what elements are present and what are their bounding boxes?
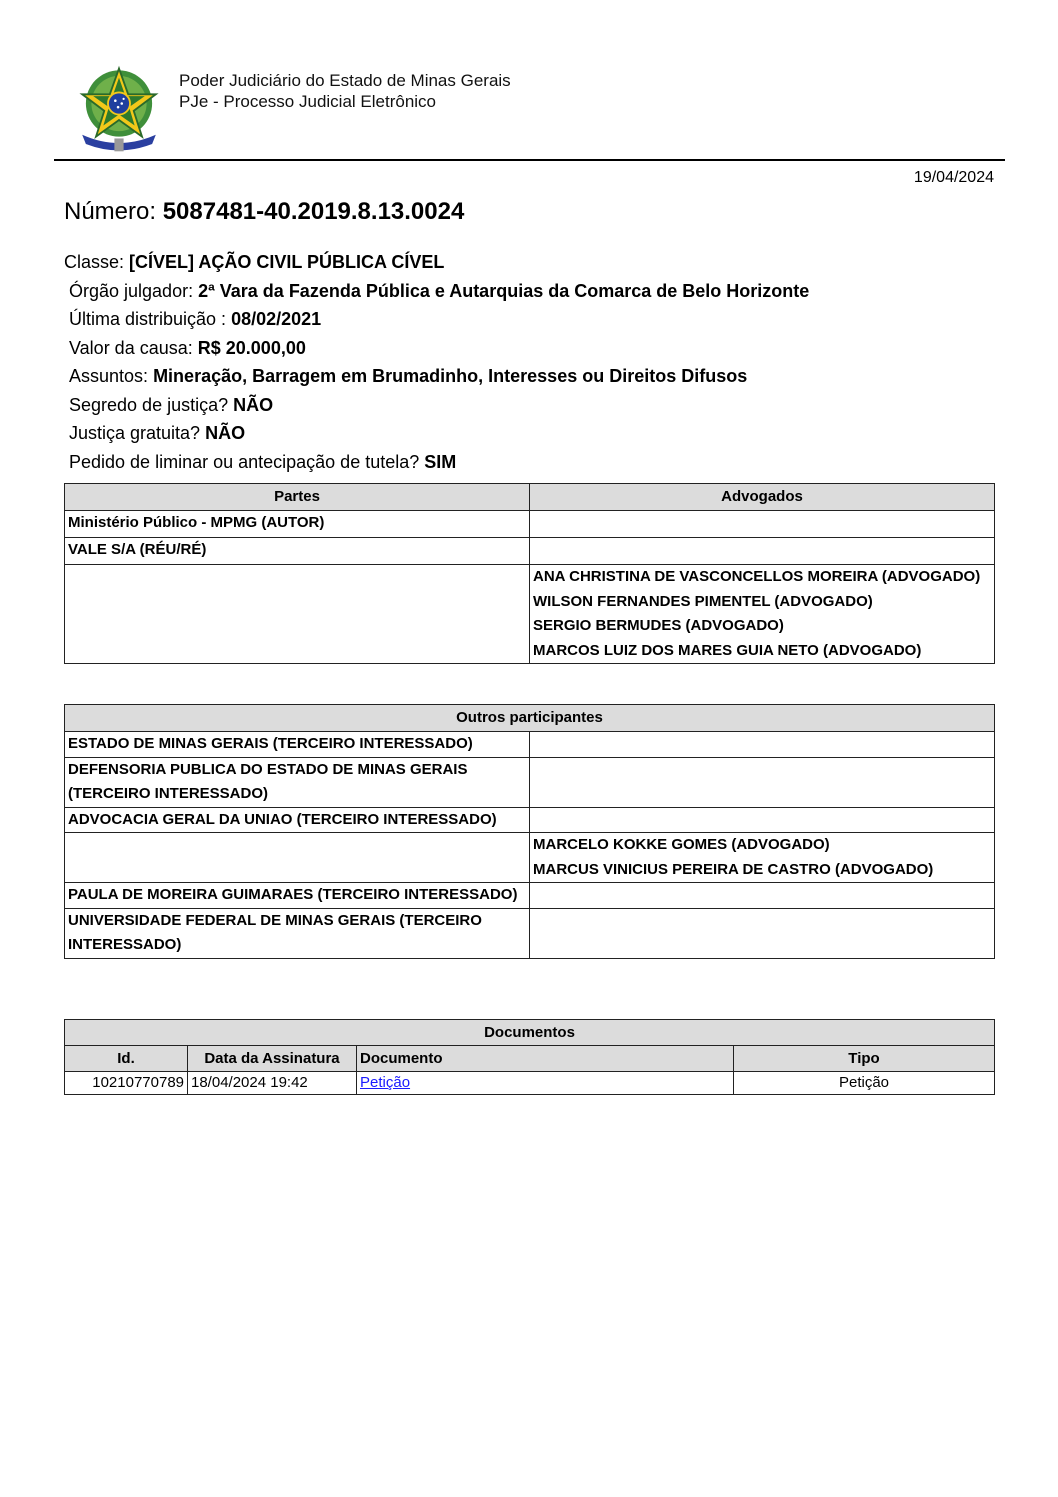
outros-participantes-table: Outros participantes ESTADO DE MINAS GER… bbox=[64, 704, 995, 959]
parte-cell: VALE S/A (RÉU/RÉ) bbox=[65, 538, 530, 565]
field-label: Classe: bbox=[64, 252, 124, 272]
field-segredo-justica: Segredo de justiça? NÃO bbox=[64, 392, 809, 421]
field-label: Órgão julgador: bbox=[69, 281, 193, 301]
parte-cell: ADVOCACIA GERAL DA UNIAO (TERCEIRO INTER… bbox=[65, 807, 530, 833]
field-value: R$ 20.000,00 bbox=[198, 338, 306, 358]
table-row: UNIVERSIDADE FEDERAL DE MINAS GERAIS (TE… bbox=[65, 908, 995, 958]
table-row: MARCELO KOKKE GOMES (ADVOGADO) MARCUS VI… bbox=[65, 833, 995, 883]
field-value: [CÍVEL] AÇÃO CIVIL PÚBLICA CÍVEL bbox=[129, 252, 444, 272]
advogados-cell bbox=[530, 757, 995, 807]
field-valor-causa: Valor da causa: R$ 20.000,00 bbox=[64, 335, 809, 364]
process-number-label: Número: bbox=[64, 198, 156, 225]
field-label: Pedido de liminar ou antecipação de tute… bbox=[69, 452, 419, 472]
advogados-cell bbox=[530, 538, 995, 565]
advogado-name: MARCOS LUIZ DOS MARES GUIA NETO (ADVOGAD… bbox=[533, 639, 991, 664]
advogados-cell: ANA CHRISTINA DE VASCONCELLOS MOREIRA (A… bbox=[530, 565, 995, 664]
table-row: VALE S/A (RÉU/RÉ) bbox=[65, 538, 995, 565]
brazil-coat-of-arms-icon bbox=[73, 62, 165, 156]
column-header-advogados: Advogados bbox=[530, 484, 995, 511]
advogados-cell bbox=[530, 908, 995, 958]
process-number: Número: 5087481-40.2019.8.13.0024 bbox=[64, 198, 464, 226]
advogado-name: SERGIO BERMUDES (ADVOGADO) bbox=[533, 614, 991, 639]
table-row: PAULA DE MOREIRA GUIMARAES (TERCEIRO INT… bbox=[65, 883, 995, 909]
field-label: Assuntos: bbox=[69, 366, 148, 386]
parte-cell: UNIVERSIDADE FEDERAL DE MINAS GERAIS (TE… bbox=[65, 908, 530, 958]
parte-cell: Ministério Público - MPMG (AUTOR) bbox=[65, 511, 530, 538]
column-header-partes: Partes bbox=[65, 484, 530, 511]
field-value: Mineração, Barragem em Brumadinho, Inter… bbox=[153, 366, 747, 386]
partes-table: Partes Advogados Ministério Público - MP… bbox=[64, 483, 995, 664]
document-id: 10210770789 bbox=[65, 1072, 188, 1095]
field-ultima-distribuicao: Última distribuição : 08/02/2021 bbox=[64, 306, 809, 335]
table-row: ANA CHRISTINA DE VASCONCELLOS MOREIRA (A… bbox=[65, 565, 995, 664]
advogados-cell bbox=[530, 883, 995, 909]
column-header-documento: Documento bbox=[357, 1046, 734, 1072]
field-label: Valor da causa: bbox=[69, 338, 193, 358]
field-label: Segredo de justiça? bbox=[69, 395, 228, 415]
document-cell: Petição bbox=[357, 1072, 734, 1095]
advogados-cell: MARCELO KOKKE GOMES (ADVOGADO) MARCUS VI… bbox=[530, 833, 995, 883]
process-fields: Classe: [CÍVEL] AÇÃO CIVIL PÚBLICA CÍVEL… bbox=[64, 249, 809, 477]
outros-participantes-header: Outros participantes bbox=[65, 705, 995, 732]
field-orgao-julgador: Órgão julgador: 2ª Vara da Fazenda Públi… bbox=[64, 278, 809, 307]
column-header-id: Id. bbox=[65, 1046, 188, 1072]
column-header-data-assinatura: Data da Assinatura bbox=[188, 1046, 357, 1072]
table-row: ESTADO DE MINAS GERAIS (TERCEIRO INTERES… bbox=[65, 732, 995, 758]
table-row: ADVOCACIA GERAL DA UNIAO (TERCEIRO INTER… bbox=[65, 807, 995, 833]
table-row: Ministério Público - MPMG (AUTOR) bbox=[65, 511, 995, 538]
advogados-cell bbox=[530, 511, 995, 538]
advogado-name: MARCUS VINICIUS PEREIRA DE CASTRO (ADVOG… bbox=[533, 858, 991, 883]
advogado-name: MARCELO KOKKE GOMES (ADVOGADO) bbox=[533, 833, 991, 858]
document-header: Poder Judiciário do Estado de Minas Gera… bbox=[55, 60, 1005, 160]
field-assuntos: Assuntos: Mineração, Barragem em Brumadi… bbox=[64, 363, 809, 392]
field-value: 08/02/2021 bbox=[231, 309, 321, 329]
field-pedido-liminar: Pedido de liminar ou antecipação de tute… bbox=[64, 449, 809, 478]
table-row: 10210770789 18/04/2024 19:42 Petição Pet… bbox=[65, 1072, 995, 1095]
field-label: Última distribuição : bbox=[69, 309, 226, 329]
parte-cell: ESTADO DE MINAS GERAIS (TERCEIRO INTERES… bbox=[65, 732, 530, 758]
field-value: 2ª Vara da Fazenda Pública e Autarquias … bbox=[198, 281, 809, 301]
column-header-tipo: Tipo bbox=[734, 1046, 995, 1072]
advogados-cell bbox=[530, 807, 995, 833]
system-name: PJe - Processo Judicial Eletrônico bbox=[179, 91, 511, 112]
advogado-name: WILSON FERNANDES PIMENTEL (ADVOGADO) bbox=[533, 590, 991, 615]
field-justica-gratuita: Justiça gratuita? NÃO bbox=[64, 420, 809, 449]
documentos-table: Documentos Id. Data da Assinatura Docume… bbox=[64, 1019, 995, 1095]
print-date: 19/04/2024 bbox=[914, 169, 994, 187]
document-link[interactable]: Petição bbox=[360, 1074, 410, 1091]
parte-cell bbox=[65, 833, 530, 883]
advogado-name: ANA CHRISTINA DE VASCONCELLOS MOREIRA (A… bbox=[533, 565, 991, 590]
table-row: DEFENSORIA PUBLICA DO ESTADO DE MINAS GE… bbox=[65, 757, 995, 807]
field-label: Justiça gratuita? bbox=[69, 423, 200, 443]
parte-cell: DEFENSORIA PUBLICA DO ESTADO DE MINAS GE… bbox=[65, 757, 530, 807]
field-classe: Classe: [CÍVEL] AÇÃO CIVIL PÚBLICA CÍVEL bbox=[64, 249, 809, 278]
document-type: Petição bbox=[734, 1072, 995, 1095]
header-divider bbox=[54, 159, 1005, 161]
court-name: Poder Judiciário do Estado de Minas Gera… bbox=[179, 70, 511, 91]
documentos-title: Documentos bbox=[65, 1020, 995, 1046]
field-value: NÃO bbox=[233, 395, 273, 415]
parte-cell: PAULA DE MOREIRA GUIMARAES (TERCEIRO INT… bbox=[65, 883, 530, 909]
parte-cell bbox=[65, 565, 530, 664]
field-value: NÃO bbox=[205, 423, 245, 443]
document-signature-date: 18/04/2024 19:42 bbox=[188, 1072, 357, 1095]
process-number-value: 5087481-40.2019.8.13.0024 bbox=[163, 198, 465, 225]
field-value: SIM bbox=[424, 452, 456, 472]
advogados-cell bbox=[530, 732, 995, 758]
